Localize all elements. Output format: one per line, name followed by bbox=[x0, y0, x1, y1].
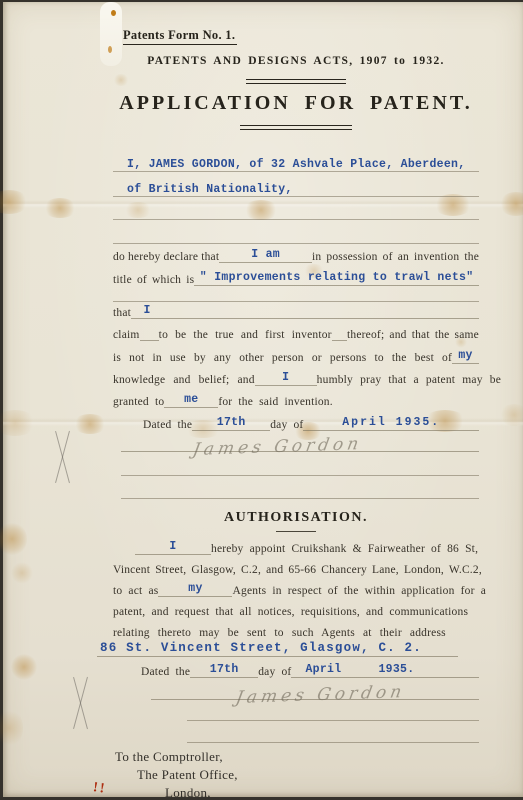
fill-in-blank: 17th bbox=[192, 412, 270, 431]
fill-in-blank: my bbox=[158, 578, 232, 597]
authorisation-line-3: to act as my Agents in respect of the wi… bbox=[113, 576, 479, 597]
printed-text: Dated the bbox=[141, 666, 190, 678]
authorisation-line-5: relating thereto may be sent to such Age… bbox=[113, 618, 479, 639]
fill-in-blank: " Improvements relating to trawl nets" bbox=[194, 267, 479, 286]
authorisation-line-2: Vincent Street, Glasgow, C.2, and 65-66 … bbox=[113, 555, 479, 576]
fill-in-blank: 17th bbox=[190, 659, 258, 678]
stain-dot bbox=[108, 46, 112, 53]
double-rule bbox=[246, 79, 346, 84]
fill-in-blank: I bbox=[255, 367, 317, 386]
applicant-nationality: of British Nationality, bbox=[113, 183, 293, 196]
blank-ruled-line bbox=[113, 286, 479, 302]
typed-fill: I am bbox=[251, 248, 280, 261]
printed-text: to be the true and first inventor bbox=[159, 329, 332, 341]
red-ink-marks: !! bbox=[92, 780, 107, 798]
comptroller-line: To the Comptroller, bbox=[115, 748, 238, 766]
patent-office-line: The Patent Office, bbox=[137, 766, 238, 784]
printed-text: day of bbox=[270, 419, 303, 431]
fill-in-blank: 86 St. Vincent Street, Glasgow, C. 2. bbox=[97, 638, 458, 657]
stain-dot bbox=[111, 10, 116, 16]
printed-text: Vincent Street, Glasgow, C.2, and 65-66 … bbox=[113, 564, 482, 576]
applicant-line-1: I, JAMES GORDON, of 32 Ashvale Place, Ab… bbox=[113, 150, 479, 172]
printed-text: knowledge and belief; and bbox=[113, 374, 255, 386]
fill-in-blank: April bbox=[291, 659, 355, 678]
typed-fill: I bbox=[143, 304, 150, 317]
document-page: !! Patents Form No. 1. PATENTS AND DESIG… bbox=[3, 2, 523, 797]
heading-rule bbox=[276, 531, 316, 532]
typed-fill: my bbox=[188, 582, 202, 595]
authorisation-heading: AUTHORISATION. bbox=[113, 510, 479, 526]
closing-address: To the Comptroller, The Patent Office, L… bbox=[115, 748, 238, 800]
authorisation-block: AUTHORISATION. I hereby appoint Cruiksha… bbox=[113, 510, 479, 743]
declaration-line-2: title of which is " Improvements relatin… bbox=[113, 263, 479, 286]
authorisation-line-4: patent, and request that all notices, re… bbox=[113, 597, 479, 618]
fill-in-blank: I am bbox=[219, 244, 312, 263]
typed-fill: me bbox=[184, 393, 198, 406]
blank-rule bbox=[163, 318, 479, 319]
authorisation-dated-line: Dated the 17th day of April 1935. bbox=[113, 657, 479, 678]
printed-text: day of bbox=[258, 666, 291, 678]
dated-month: April bbox=[305, 663, 341, 676]
acts-line: PATENTS AND DESIGNS ACTS, 1907 to 1932. bbox=[113, 55, 479, 67]
blank-rule bbox=[332, 340, 347, 341]
authorisation-address-line: 86 St. Vincent Street, Glasgow, C. 2. bbox=[113, 639, 479, 657]
double-rule bbox=[240, 125, 352, 130]
printed-text: for the said invention. bbox=[218, 396, 333, 408]
blank-ruled-line bbox=[113, 197, 479, 220]
declaration-line-7: granted to me for the said invention. bbox=[113, 386, 479, 408]
blank-ruled-line bbox=[121, 476, 479, 499]
blank-rule bbox=[140, 340, 159, 341]
signature-line: James Gordon bbox=[121, 431, 479, 452]
applicant-block: I, JAMES GORDON, of 32 Ashvale Place, Ab… bbox=[113, 150, 479, 244]
form-header: Patents Form No. 1. PATENTS AND DESIGNS … bbox=[113, 26, 479, 130]
printed-text: patent, and request that all notices, re… bbox=[113, 606, 468, 618]
invention-title: " Improvements relating to trawl nets" bbox=[200, 271, 474, 284]
applicant-name-address: I, JAMES GORDON, of 32 Ashvale Place, Ab… bbox=[113, 158, 465, 171]
printed-text: is not in use by any other person or per… bbox=[113, 352, 452, 364]
declaration-line-4: claim to be the true and first inventor … bbox=[113, 319, 479, 341]
declaration-line-5: is not in use by any other person or per… bbox=[113, 341, 479, 364]
typed-fill: I bbox=[282, 371, 289, 384]
dated-month-year: April 1935. bbox=[342, 416, 440, 429]
pencil-x-mark bbox=[47, 430, 77, 484]
typed-fill: I bbox=[169, 540, 176, 553]
applicant-line-2: of British Nationality, bbox=[113, 172, 479, 197]
typed-fill: my bbox=[458, 349, 472, 362]
printed-text: that bbox=[113, 307, 131, 319]
printed-text: Agents in respect of the within applicat… bbox=[232, 585, 486, 597]
declaration-line-3: that I bbox=[113, 302, 479, 319]
page-title: APPLICATION FOR PATENT. bbox=[113, 92, 479, 115]
printed-text: humbly pray that a patent may be bbox=[317, 374, 501, 386]
declaration-dated-line: Dated the 17th day of April 1935. bbox=[113, 408, 479, 431]
printed-text: claim bbox=[113, 329, 140, 341]
declaration-line-1: do hereby declare that I am in possessio… bbox=[113, 245, 479, 263]
printed-text: do hereby declare that bbox=[113, 251, 219, 263]
fill-in-blank: I bbox=[131, 300, 163, 319]
agents-address: 86 St. Vincent Street, Glasgow, C. 2. bbox=[100, 641, 422, 655]
printed-text: hereby appoint Cruikshank & Fairweather … bbox=[211, 543, 478, 555]
fill-in-blank: my bbox=[452, 345, 479, 364]
declaration-block: do hereby declare that I am in possessio… bbox=[113, 245, 479, 499]
printed-text: title of which is bbox=[113, 274, 194, 286]
dated-year: 1935. bbox=[378, 663, 414, 676]
printed-text: thereof; and that the same bbox=[347, 329, 479, 341]
dated-day: 17th bbox=[217, 416, 246, 429]
authorisation-line-1: I hereby appoint Cruikshank & Fairweathe… bbox=[113, 535, 479, 555]
declaration-line-6: knowledge and belief; and I humbly pray … bbox=[113, 364, 479, 386]
blank-ruled-line bbox=[187, 721, 479, 743]
printed-text: Dated the bbox=[143, 419, 192, 431]
fill-in-blank: me bbox=[164, 389, 218, 408]
signature-line: James Gordon bbox=[151, 678, 479, 700]
pencil-x-mark bbox=[67, 676, 93, 730]
form-number: Patents Form No. 1. bbox=[123, 28, 237, 45]
dated-day: 17th bbox=[210, 663, 239, 676]
fill-in-blank: April 1935. bbox=[303, 412, 479, 431]
london-line: London, bbox=[165, 784, 238, 800]
fill-in-blank: 1935. bbox=[355, 659, 437, 678]
printed-text: in possession of an invention the bbox=[312, 251, 479, 263]
printed-text: granted to bbox=[113, 396, 164, 408]
blank-ruled-line bbox=[113, 220, 479, 244]
printed-text: to act as bbox=[113, 585, 158, 597]
fill-in-blank: I bbox=[135, 536, 211, 555]
